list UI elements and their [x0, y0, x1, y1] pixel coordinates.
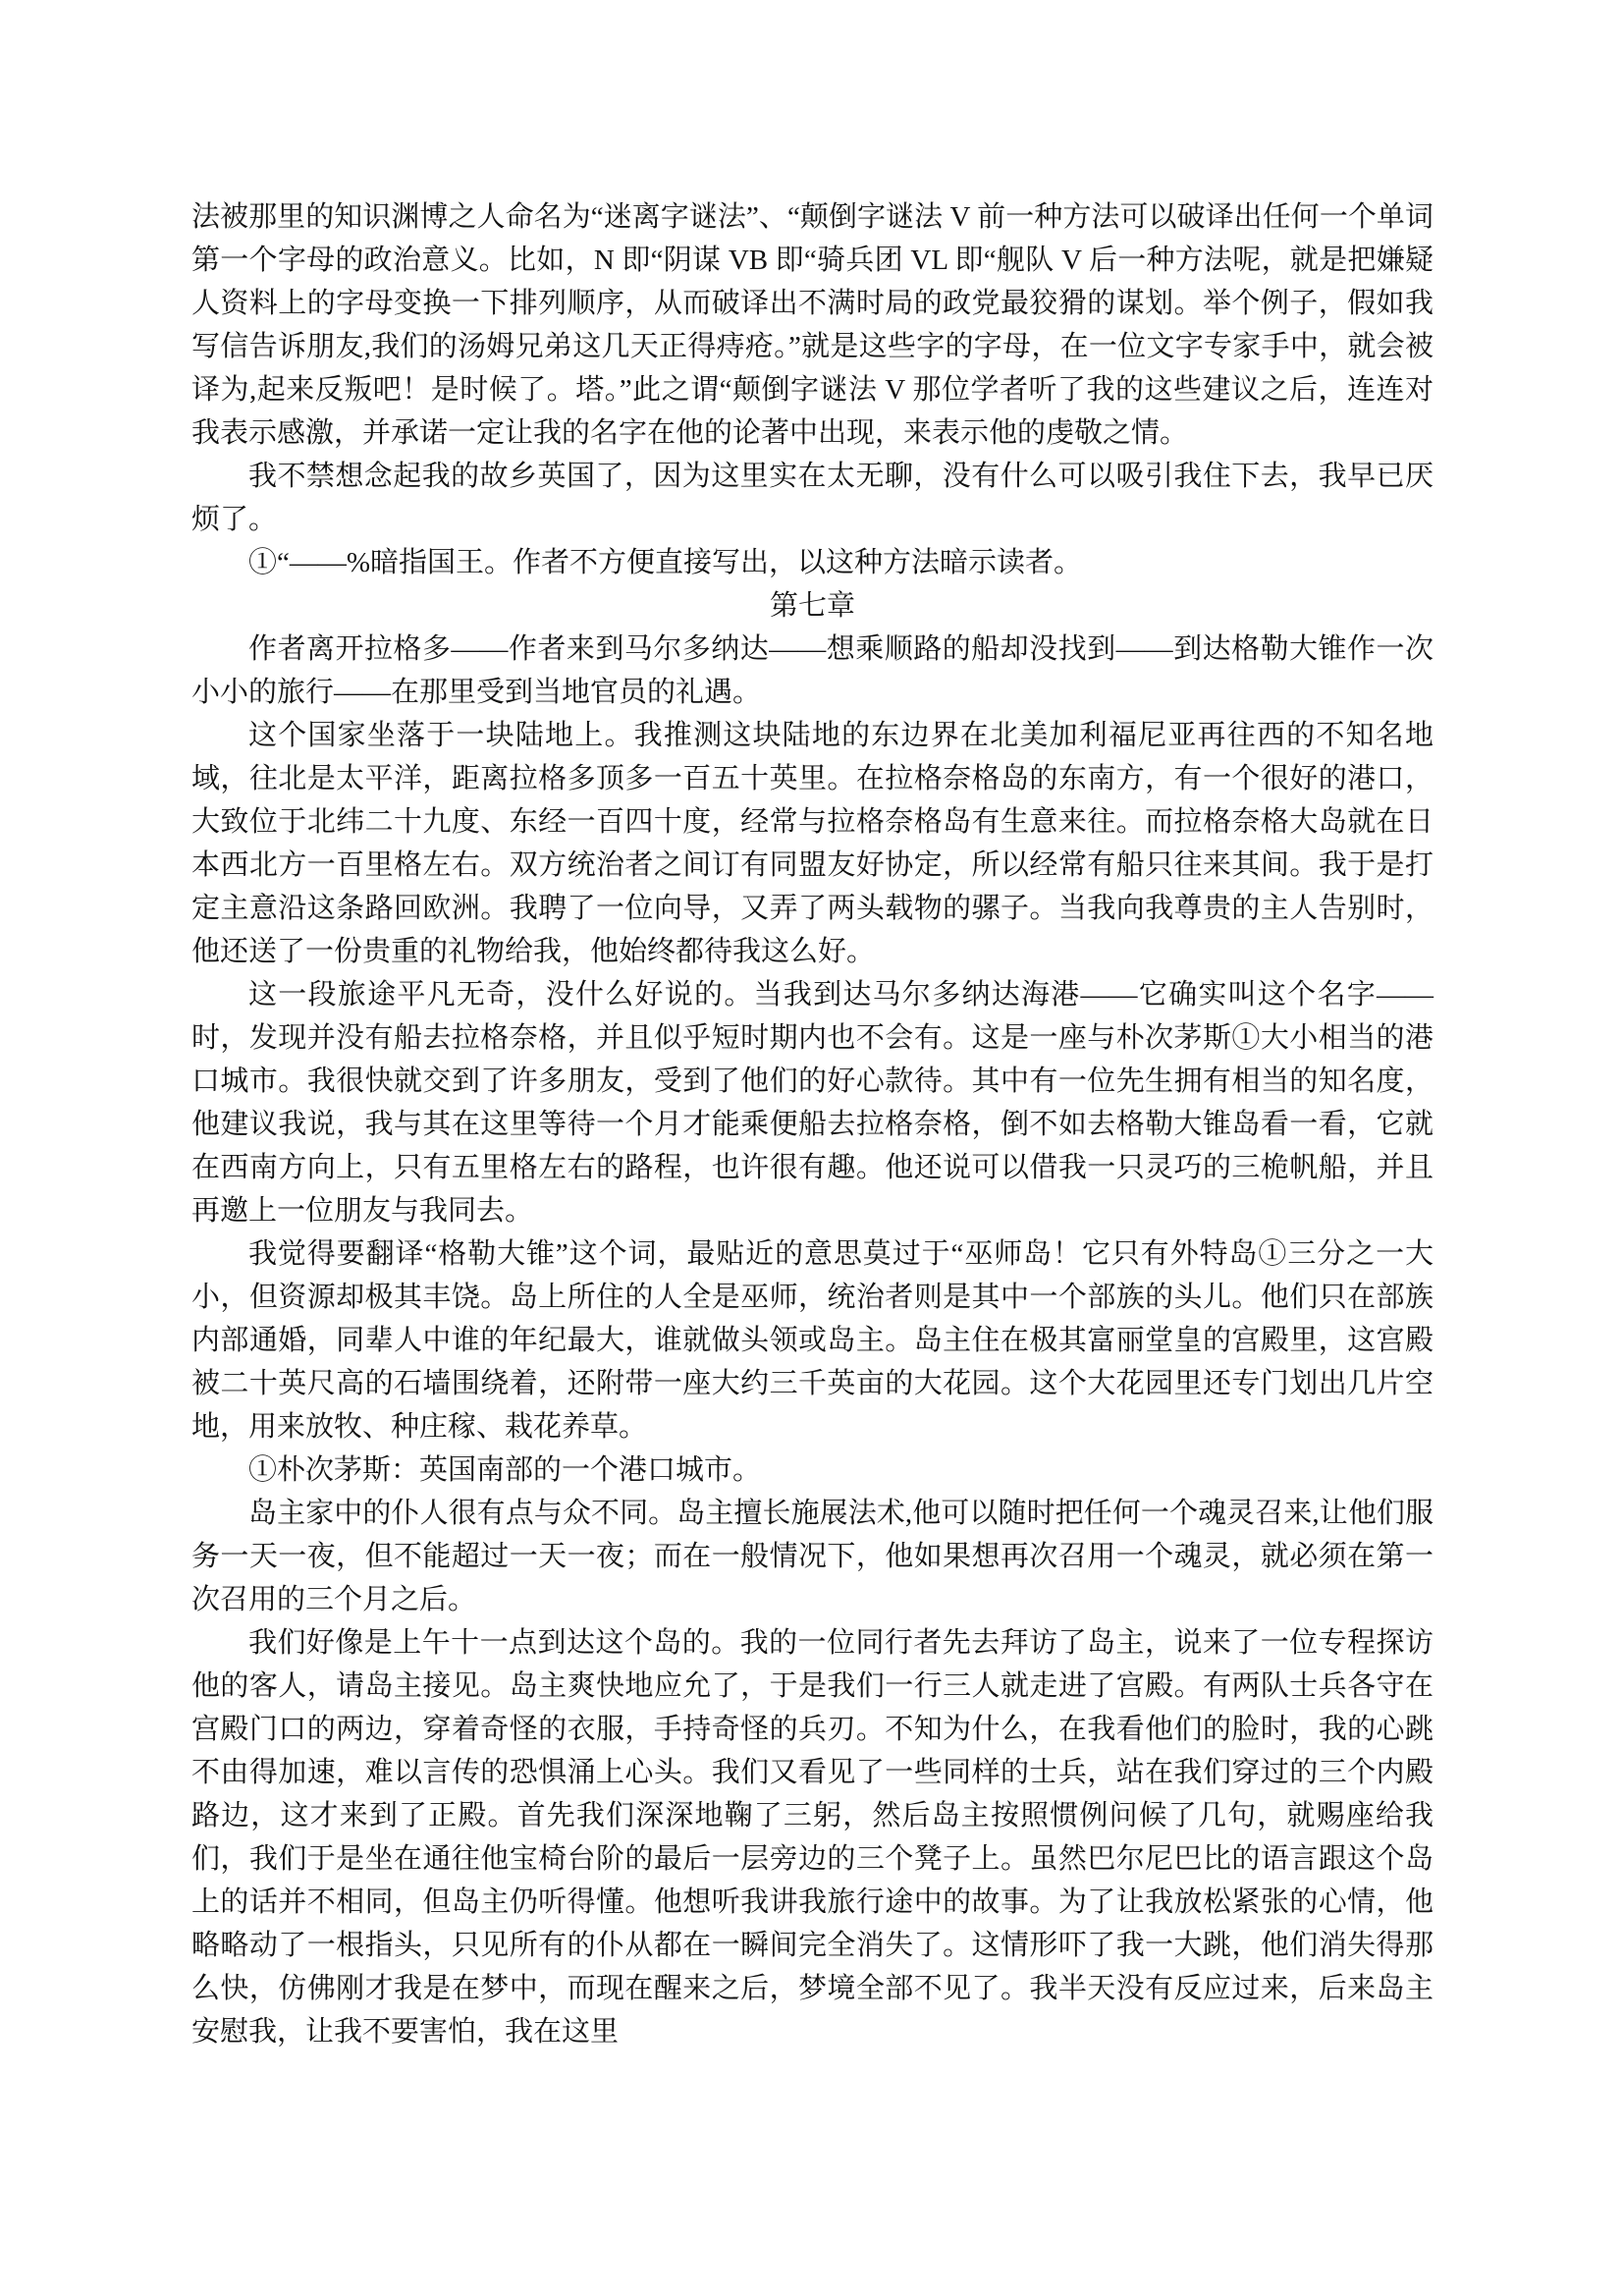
footnote-line: ①“——%暗指国王。作者不方便直接写出，以这种方法暗示读者。	[191, 541, 1434, 584]
paragraph: 法被那里的知识渊博之人命名为“迷离字谜法”、“颠倒字谜法 V 前一种方法可以破译…	[191, 195, 1434, 455]
paragraph: 我觉得要翻译“格勒大锥”这个词，最贴近的意思莫过于“巫师岛！它只有外特岛①三分之…	[191, 1232, 1434, 1449]
document-page: 法被那里的知识渊博之人命名为“迷离字谜法”、“颠倒字谜法 V 前一种方法可以破译…	[0, 0, 1623, 2296]
paragraph: 这个国家坐落于一块陆地上。我推测这块陆地的东边界在北美加利福尼亚再往西的不知名地…	[191, 714, 1434, 973]
paragraph: 这一段旅途平凡无奇，没什么好说的。当我到达马尔多纳达海港——它确实叫这个名字——…	[191, 973, 1434, 1232]
paragraph: 我们好像是上午十一点到达这个岛的。我的一位同行者先去拜访了岛主，说来了一位专程探…	[191, 1621, 1434, 2053]
page-text-block: 法被那里的知识渊博之人命名为“迷离字谜法”、“颠倒字谜法 V 前一种方法可以破译…	[191, 195, 1434, 2053]
chapter-summary: 作者离开拉格多——作者来到马尔多纳达——想乘顺路的船却没找到——到达格勒大锥作一…	[191, 628, 1434, 714]
paragraph: 我不禁想念起我的故乡英国了，因为这里实在太无聊，没有什么可以吸引我住下去，我早已…	[191, 455, 1434, 541]
footnote-line: ①朴次茅斯：英国南部的一个港口城市。	[191, 1449, 1434, 1492]
chapter-title: 第七章	[191, 584, 1434, 628]
paragraph: 岛主家中的仆人很有点与众不同。岛主擅长施展法术,他可以随时把任何一个魂灵召来,让…	[191, 1492, 1434, 1621]
